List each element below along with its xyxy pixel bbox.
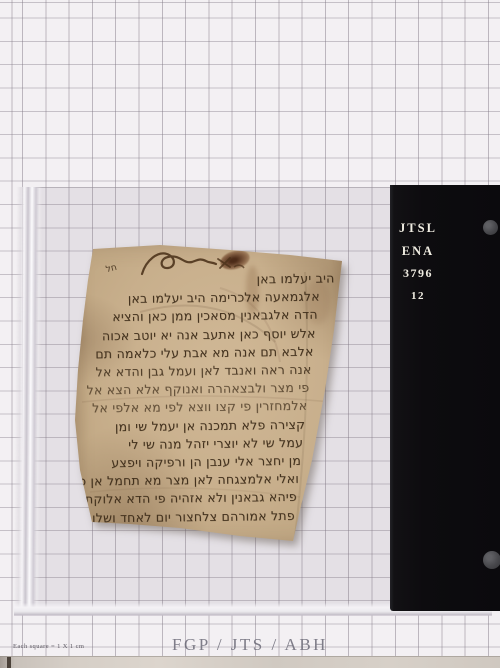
shelfmark-line: 12 (411, 290, 425, 303)
manuscript-lines: היב יעלמו באןאלגמאעה אלכרימה היב יעלמו ב… (74, 269, 337, 527)
manuscript-fragment: חל היב יעלמו באןאלגמאעה אלכרימה היב יעלמ… (70, 242, 348, 546)
shelfmark-line: ENA (402, 244, 434, 258)
scale-note: Each square = 1 X 1 cm (13, 643, 84, 650)
shelfmark-strip: JTSL ENA 3796 12 (390, 185, 500, 611)
manuscript-paper: חל היב יעלמו באןאלגמאעה אלכרימה היב יעלמ… (70, 242, 348, 546)
plastic-sleeve-left-edge (14, 187, 43, 612)
table-edge-strip (0, 656, 500, 668)
manuscript-line: פתל אמורהם צלחצור יום לאחד ושלום (77, 506, 337, 527)
hole-punch-icon (483, 220, 498, 235)
shelfmark-line: JTSL (399, 221, 437, 235)
shelfmark-label: JTSL ENA 3796 12 (396, 221, 440, 302)
shelfmark-line: 3796 (403, 267, 433, 281)
archive-photograph: חל היב יעלמו באןאלגמאעה אלכרימה היב יעלמ… (0, 0, 500, 668)
hole-punch-icon (483, 551, 500, 569)
table-edge-mark (7, 657, 11, 668)
